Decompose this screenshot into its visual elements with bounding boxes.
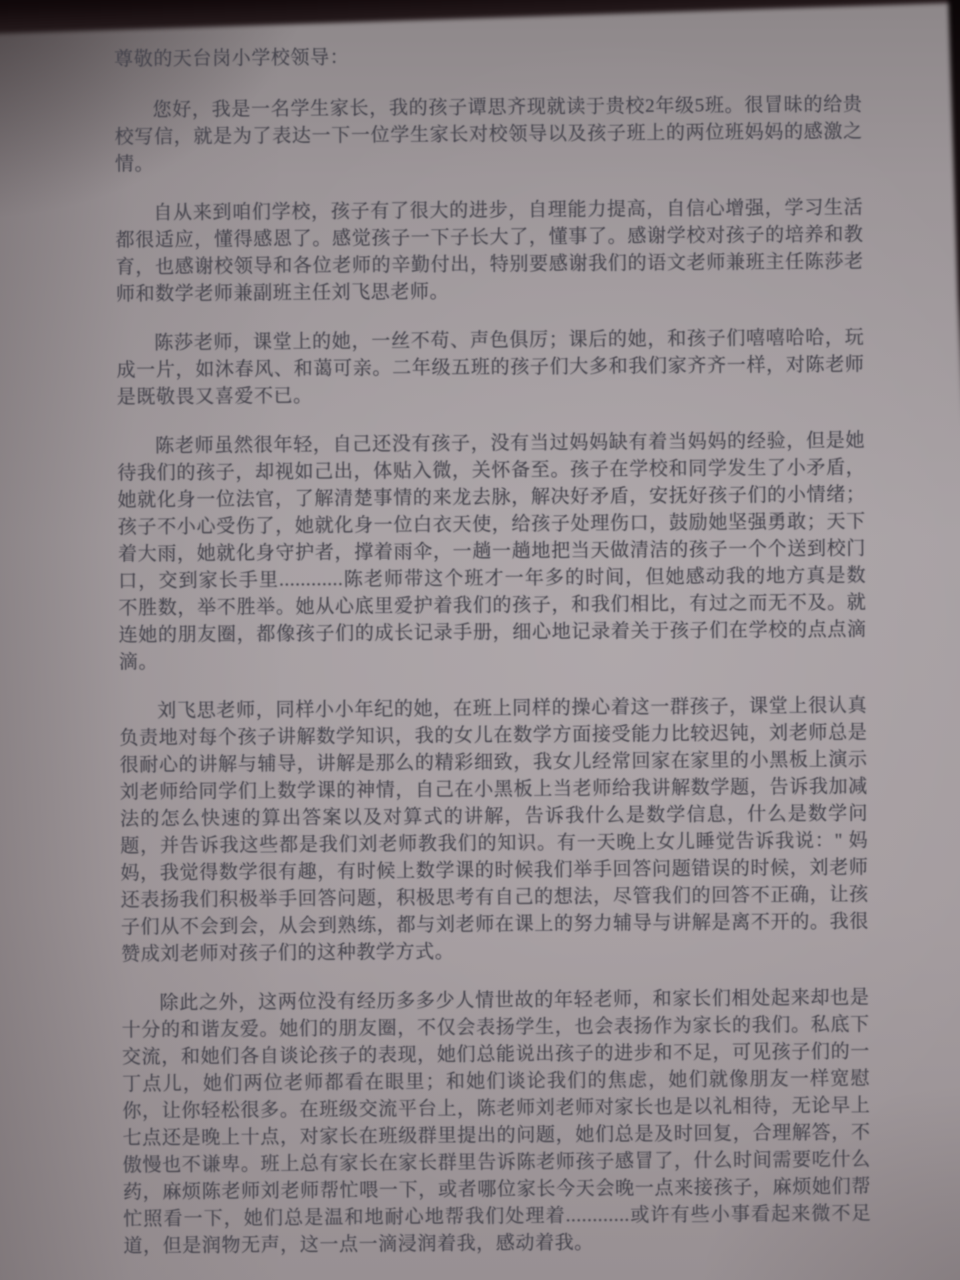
letter-paragraph: 陈莎老师，课堂上的她，一丝不苟、声色俱厉；课后的她，和孩子们嘻嘻哈哈，玩成一片，…: [116, 324, 865, 411]
letter-paragraph: 自从来到咱们学校，孩子有了很大的进步，自理能力提高，自信心增强，学习生活都很适应…: [115, 194, 864, 308]
letter-paragraph: 除此之外，这两位没有经历多多少人情世故的年轻老师，和家长们相处起来却也是十分的和…: [121, 984, 871, 1260]
letter-body: 您好，我是一名学生家长，我的孩子谭思齐现就读于贵校2年级5班。很冒昧的给贵校写信…: [114, 91, 871, 1260]
letter-paragraph: 您好，我是一名学生家长，我的孩子谭思齐现就读于贵校2年级5班。很冒昧的给贵校写信…: [114, 91, 863, 178]
letter-salutation: 尊敬的天台岗小学校领导：: [114, 40, 862, 73]
letter-paragraph: 刘飞思老师，同样小小年纪的她，在班上同样的操心着这一群孩子，课堂上很认真负责地对…: [119, 692, 869, 968]
letter-text: 尊敬的天台岗小学校领导： 您好，我是一名学生家长，我的孩子谭思齐现就读于贵校2年…: [114, 40, 872, 1280]
letter-paragraph: 陈老师虽然很年轻，自己还没有孩子，没有当过妈妈缺有着当妈妈的经验，但是她待我们的…: [117, 427, 867, 676]
photo-of-letter: 尊敬的天台岗小学校领导： 您好，我是一名学生家长，我的孩子谭思齐现就读于贵校2年…: [0, 0, 960, 1280]
